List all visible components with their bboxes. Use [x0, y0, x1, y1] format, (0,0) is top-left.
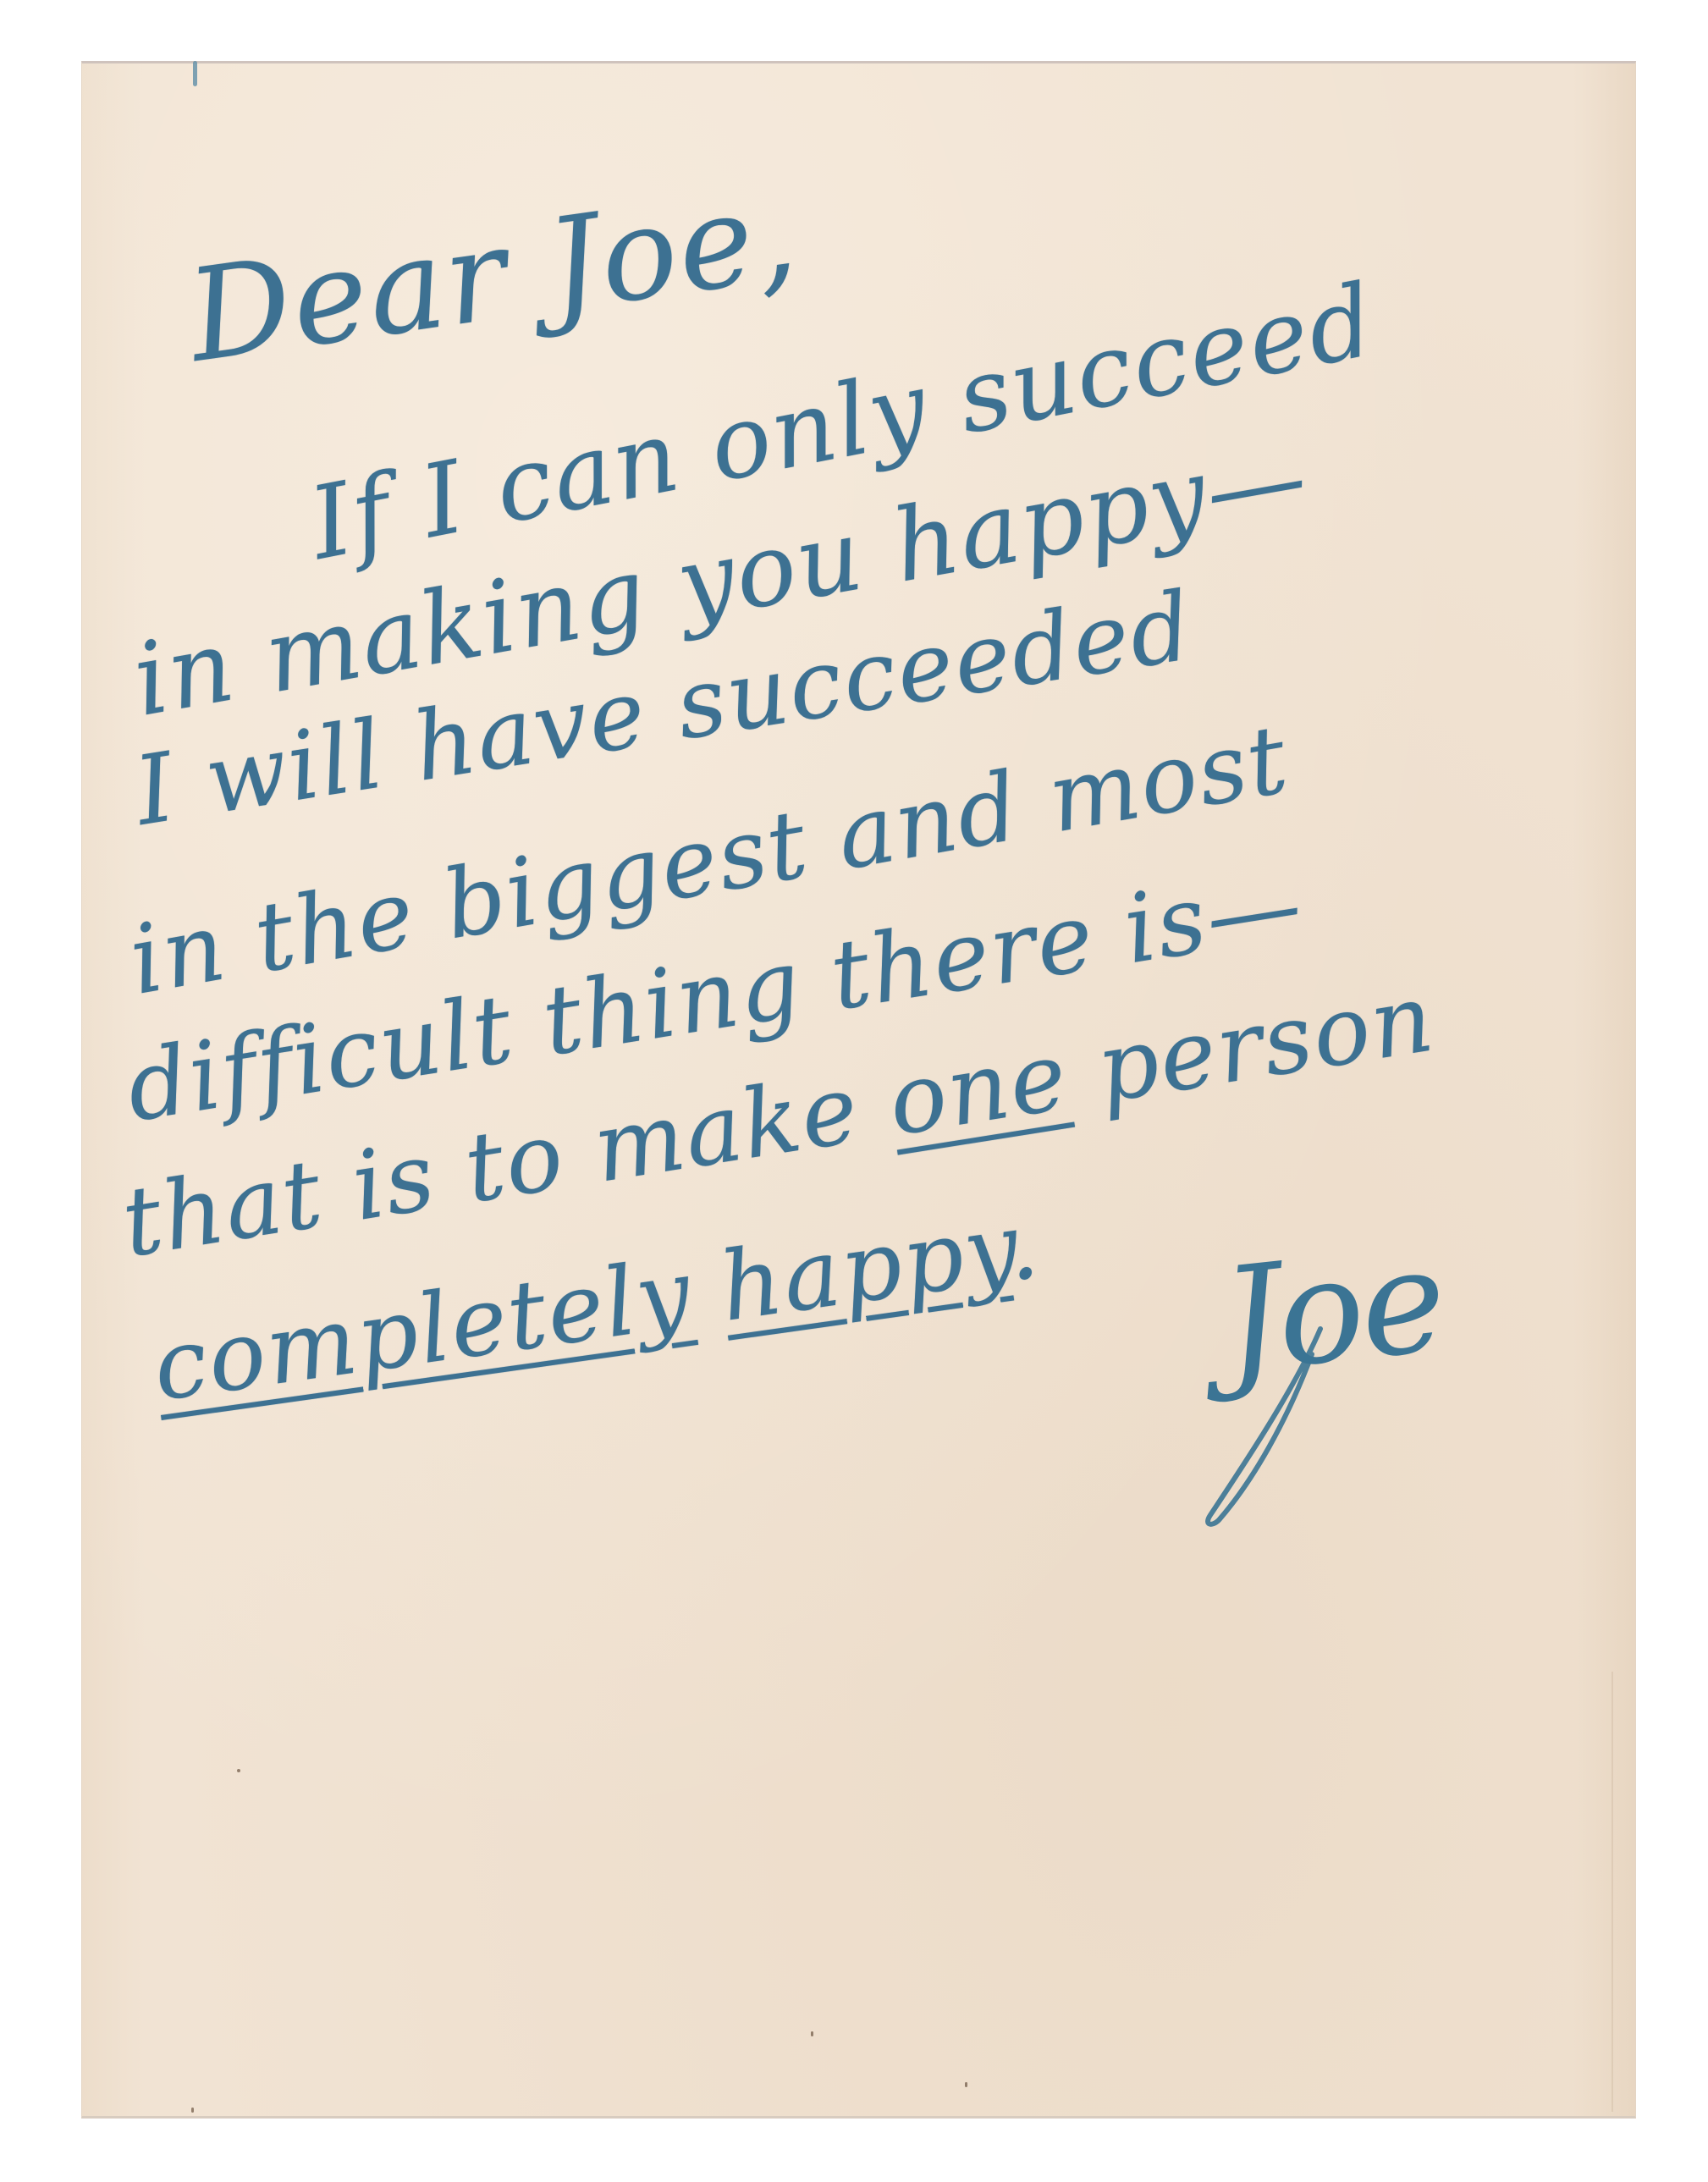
paper-crease	[1612, 1672, 1613, 2112]
paper-speck	[811, 2031, 813, 2036]
signature-flourish-icon	[1193, 1320, 1413, 1532]
ink-mark	[193, 61, 197, 86]
paper-speck	[237, 1769, 240, 1772]
paper-speck	[965, 2082, 967, 2087]
paper-speck	[191, 2108, 194, 2113]
